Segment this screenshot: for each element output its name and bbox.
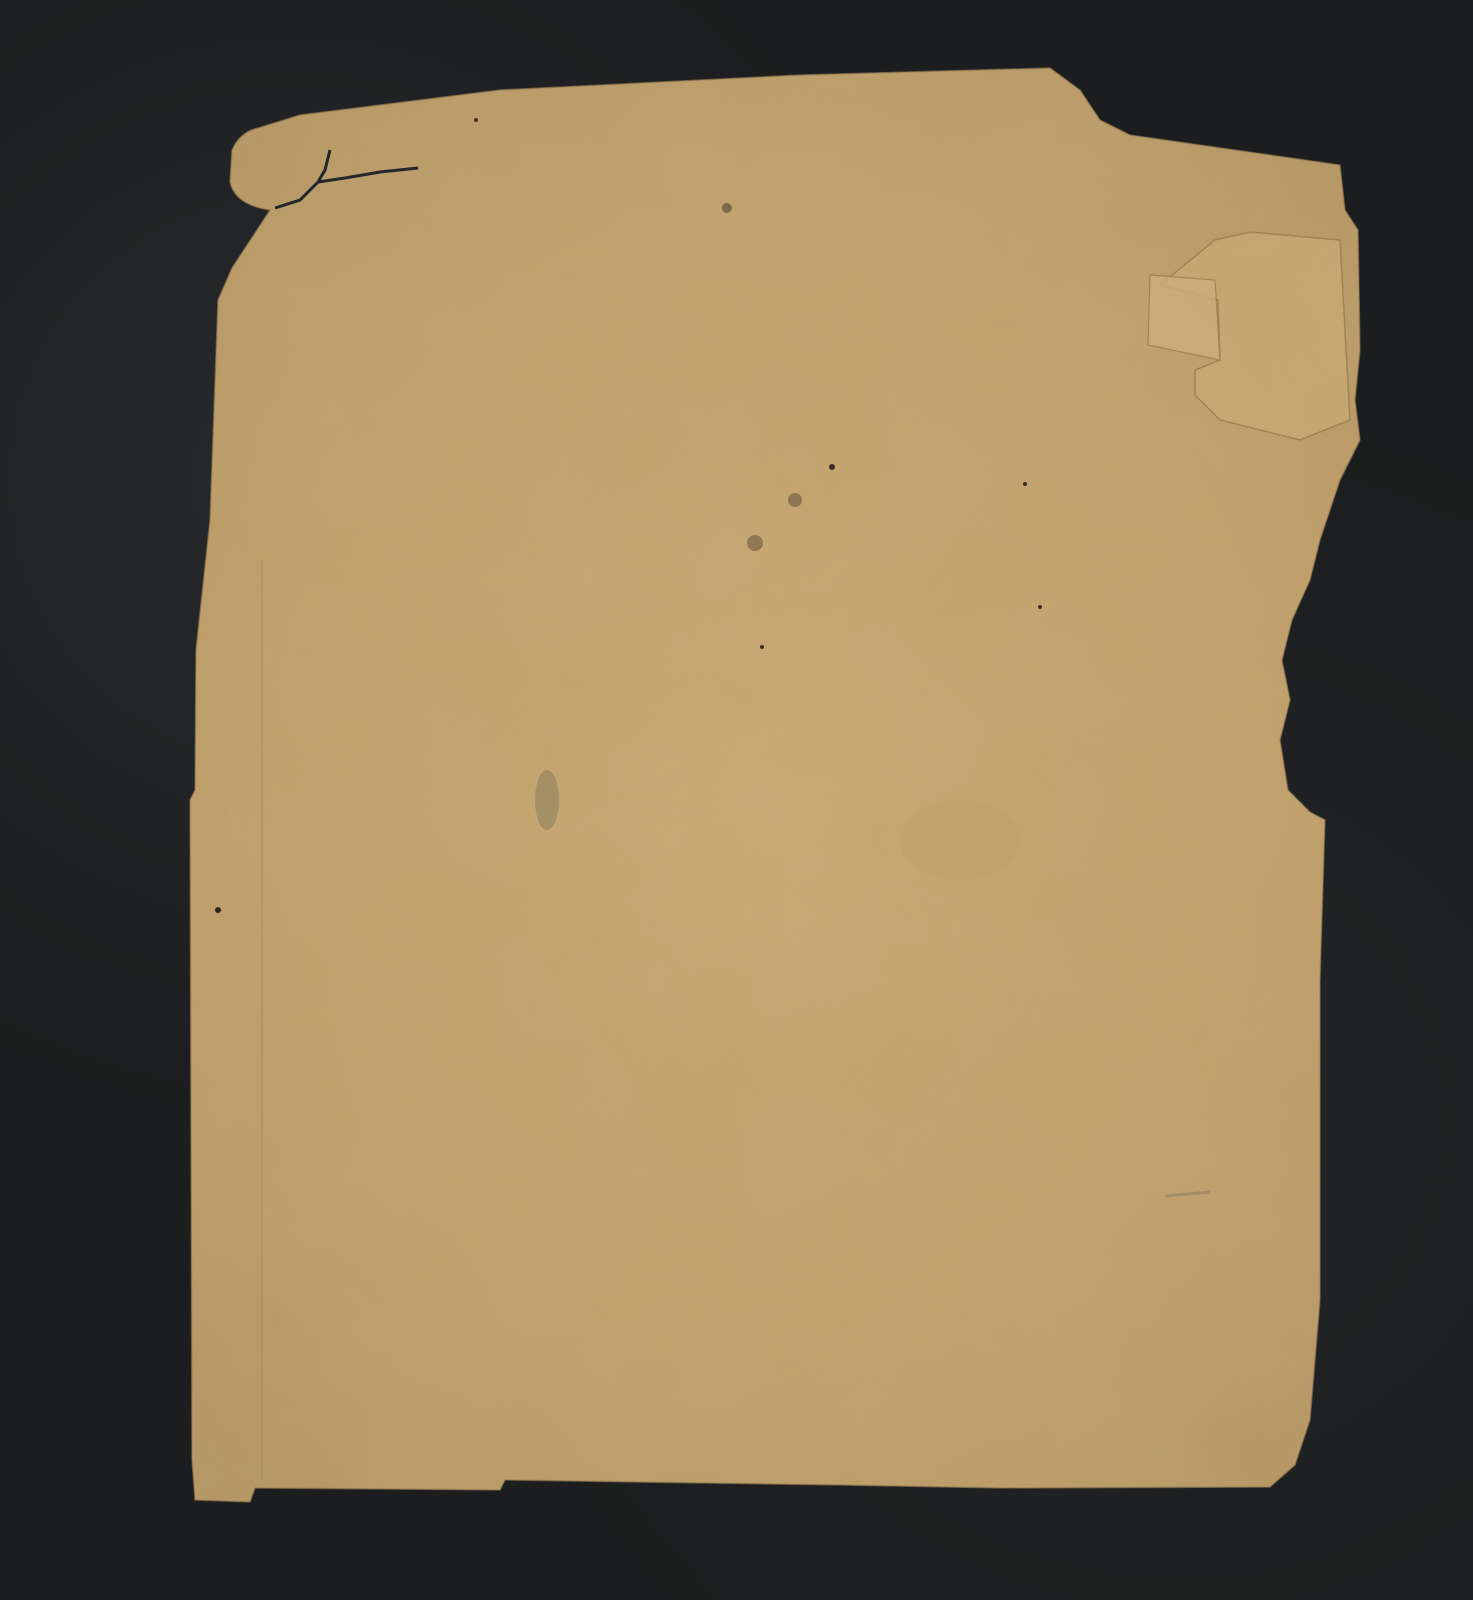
aged-paper-sheet: [0, 0, 1473, 1600]
